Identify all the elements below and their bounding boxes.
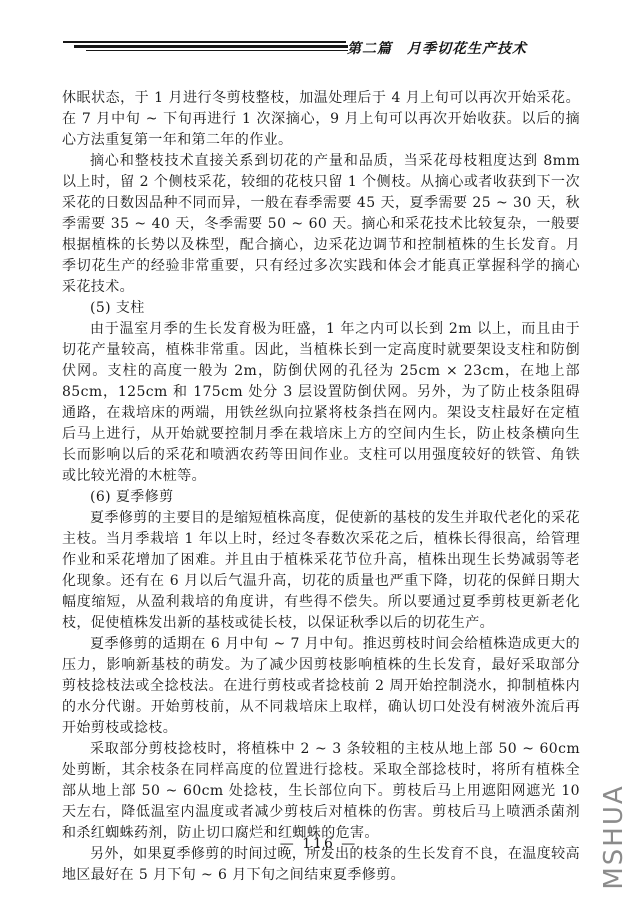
section-heading-summer-pruning: (6) 夏季修剪 [62,487,580,508]
paragraph: 由于温室月季的生长发育极为旺盛，1 年之内可以长到 2m 以上，而且由于切花产量… [62,319,580,487]
paragraph: 摘心和整枝技术直接关系到切花的产量和品质，当采花母枝粗度达到 8mm 以上时，留… [62,151,580,298]
header-rule-bottom [86,50,348,51]
watermark-text: MSHUA [599,784,629,889]
page-number: — 116 — [0,836,637,852]
header-rule-thick [74,45,348,48]
paragraph: 夏季修剪的适期在 6 月中旬 ~ 7 月中旬。推迟剪枝时间会给植株造成更大的压力… [62,634,580,739]
book-page: 第二篇 月季切花生产技术 休眠状态，于 1 月进行冬剪枝整枝，加温处理后于 4 … [0,0,637,901]
section-heading-support-post: (5) 支柱 [62,298,580,319]
paragraph: 采取部分剪枝捻枝时，将植株中 2 ~ 3 条较粗的主枝从地上部 50 ~ 60c… [62,739,580,844]
chapter-header-title: 第二篇 月季切花生产技术 [347,38,527,58]
paragraph-continuation: 休眠状态，于 1 月进行冬剪枝整枝，加温处理后于 4 月上旬可以再次开始采花。在… [62,88,580,151]
header-rule-top [63,41,346,43]
page-body: 休眠状态，于 1 月进行冬剪枝整枝，加温处理后于 4 月上旬可以再次开始采花。在… [62,88,580,886]
paragraph: 夏季修剪的主要目的是缩短植株高度，促使新的基枝的发生并取代老化的采花主枝。当月季… [62,508,580,634]
